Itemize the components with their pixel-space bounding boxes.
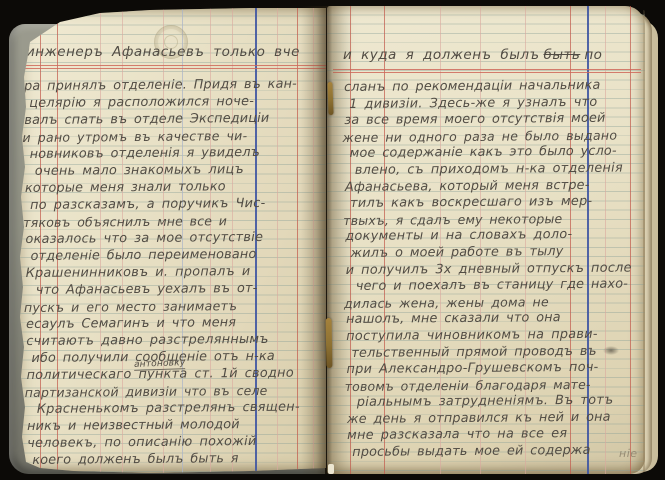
inserted-word: антоновку (134, 358, 186, 371)
handwritten-line: сланъ по рекомендаціи начальника (344, 78, 630, 97)
handwritten-line: поступила чиновникомъ на прави- (346, 326, 632, 345)
handwritten-line: влено, съ приходомъ н-ка отделенія (355, 160, 631, 179)
handwritten-line: же день я отправился къ ней и она (347, 409, 633, 428)
left-page: инженеръ Афанасьевъ только вче ра принял… (14, 7, 326, 473)
left-page-text: ра принялъ отделеніе. Придя въ кан-целяр… (24, 76, 300, 469)
header-rule (20, 65, 326, 66)
handwritten-line: чего и поехалъ въ станицу где нахо- (356, 277, 632, 296)
right-header-struck-word: быть (544, 47, 581, 63)
right-page-text: сланъ по рекомендаціи начальника1 дивизі… (344, 78, 633, 462)
left-page-header: инженеръ Афанасьевъ только вче (26, 44, 300, 60)
handwritten-line: коего долженъ былъ быть я (32, 450, 300, 469)
handwritten-line: новниковъ отделенія я увиделъ (30, 144, 298, 163)
right-page-header: и куда я долженъ былъбытьпо (343, 47, 606, 63)
right-header-text: и куда я долженъ былъ (343, 47, 540, 63)
handwritten-line: ра принялъ отделеніе. Придя въ кан- (24, 76, 297, 95)
handwritten-line: просьбы выдать мое ей содержа (352, 443, 633, 462)
page-edge-crease (643, 10, 645, 472)
right-header-text-tail: по (584, 47, 602, 63)
header-rule (333, 69, 641, 70)
handwritten-line: Красненькомъ разстрелянъ священ- (37, 399, 300, 418)
binding-stitch-bottom (326, 318, 333, 368)
handwritten-line: валъ спать въ отделе Экспедиціи (24, 110, 297, 129)
ink-blot (603, 346, 619, 355)
continuation-word: ніе (619, 447, 638, 460)
handwritten-line: тилъ какъ воскресшаго изъ мер- (350, 194, 631, 213)
header-rule (333, 72, 641, 73)
handwritten-line: при Александро-Грушевскомъ поч- (346, 360, 632, 379)
handwritten-line: по разсказамъ, а поручикъ Чис- (30, 195, 298, 214)
binding-dot (328, 464, 334, 474)
vertical-rule (313, 7, 314, 473)
handwritten-line: оказалось что за мое отсутствіе (25, 229, 298, 248)
header-rule (20, 68, 326, 69)
notebook-scan: инженеръ Афанасьевъ только вче ра принял… (0, 0, 665, 480)
right-page: и куда я долженъ былъбытьпо сланъ по рек… (327, 6, 645, 474)
